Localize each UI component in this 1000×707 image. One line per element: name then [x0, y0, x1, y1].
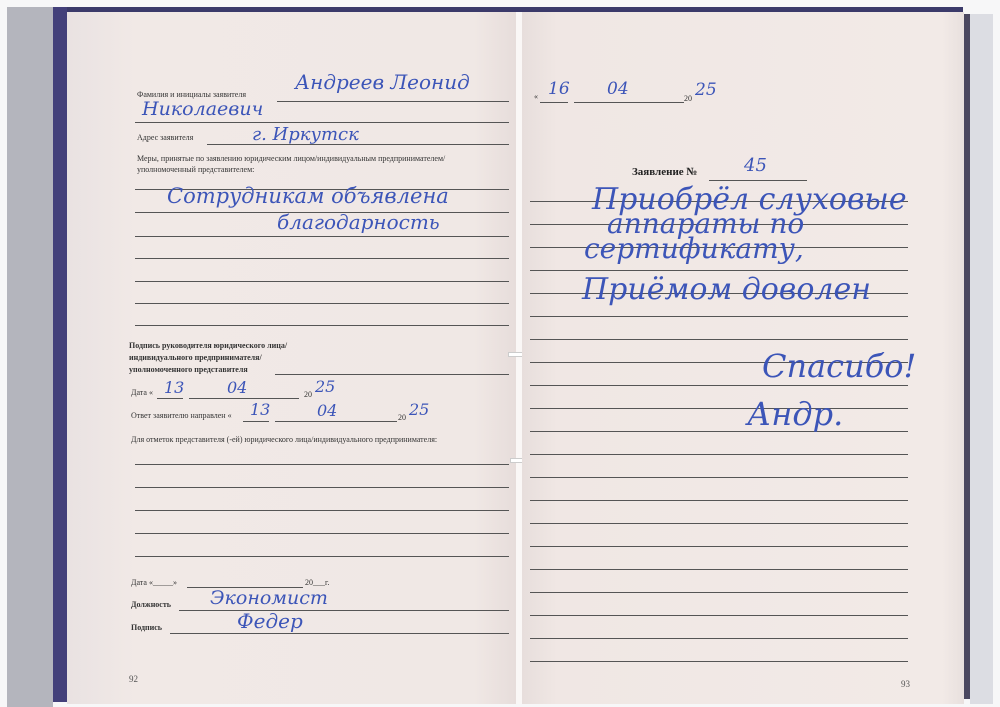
head-signature-label-2: индивидуального предпринимателя/ — [129, 353, 262, 362]
body-line-13 — [530, 477, 908, 478]
answer-month-line — [275, 421, 397, 422]
answer-day-line — [243, 421, 269, 422]
measures-handwriting-1: Сотрудникам объявлена — [167, 184, 449, 208]
body-line-6 — [530, 316, 908, 317]
right-date-year-prefix: 20 — [684, 94, 692, 103]
date2-year: 20___г. — [305, 578, 329, 587]
body-handwriting-4: Приёмом доволен — [582, 272, 871, 307]
notes-label: Для отметок представителя (-ей) юридичес… — [131, 435, 437, 444]
measures-line-3 — [135, 236, 509, 237]
measures-line-4 — [135, 258, 509, 259]
application-number-line — [709, 180, 807, 181]
measures-line-5 — [135, 281, 509, 282]
left-page: Фамилия и инициалы заявителя Андреев Лео… — [67, 12, 519, 704]
measures-line-6 — [135, 303, 509, 304]
answer-month-handwriting: 04 — [317, 401, 337, 420]
closing-handwriting: Спасибо! — [762, 347, 916, 385]
notes-line-3 — [135, 510, 509, 511]
application-number-handwriting: 45 — [744, 155, 767, 176]
position-handwriting: Экономист — [210, 587, 328, 609]
date-label: Дата « — [131, 388, 153, 397]
measures-handwriting-2: благодарность — [277, 210, 440, 234]
right-date-day-line — [540, 102, 568, 103]
answer-day-handwriting: 13 — [250, 400, 270, 419]
applicant-signature-handwriting: Андр. — [747, 395, 843, 433]
date-day-line — [157, 398, 183, 399]
body-line-17 — [530, 569, 908, 570]
date2-label: Дата «_____» — [131, 578, 177, 587]
position-line — [179, 610, 509, 611]
body-line-11 — [530, 431, 908, 432]
body-line-4 — [530, 270, 908, 271]
position-label: Должность — [131, 600, 171, 609]
applicant-name-line — [277, 101, 509, 102]
right-date-month-line — [574, 102, 684, 103]
right-page: « 16 04 20 25 Заявление № 45 Приобрёл сл… — [522, 12, 964, 704]
body-line-7 — [530, 339, 908, 340]
date-open-quote: « — [534, 92, 538, 101]
right-date-day-handwriting: 16 — [548, 79, 570, 99]
answer-year-prefix: 20 — [398, 413, 406, 422]
page-number-right: 93 — [901, 679, 910, 689]
notes-line-5 — [135, 556, 509, 557]
applicant-name-handwriting-1: Андреев Леонид — [295, 70, 470, 94]
body-line-9 — [530, 385, 908, 386]
notes-line-1 — [135, 464, 509, 465]
address-handwriting: г. Иркутск — [252, 124, 359, 145]
measures-line-7 — [135, 325, 509, 326]
date-month-line — [189, 398, 299, 399]
date-day-handwriting: 13 — [164, 378, 184, 397]
body-line-19 — [530, 615, 908, 616]
page-number-left: 92 — [129, 674, 138, 684]
notes-line-2 — [135, 487, 509, 488]
body-line-10 — [530, 408, 908, 409]
answer-year-handwriting: 25 — [409, 400, 429, 419]
notes-line-4 — [135, 533, 509, 534]
date-month-handwriting: 04 — [227, 378, 247, 397]
signature-line — [170, 633, 509, 634]
applicant-name-handwriting-2: Николаевич — [142, 98, 263, 120]
head-signature-label-3: уполномоченного представителя — [129, 365, 248, 374]
answer-label: Ответ заявителю направлен « — [131, 411, 232, 420]
book-cover-left-edge — [53, 7, 67, 702]
head-signature-line — [275, 374, 509, 375]
right-date-month-handwriting: 04 — [607, 79, 629, 99]
measures-label-1: Меры, принятые по заявлению юридическим … — [137, 154, 445, 163]
address-label: Адрес заявителя — [137, 133, 193, 142]
body-line-20 — [530, 638, 908, 639]
body-line-12 — [530, 454, 908, 455]
scan-background-left — [7, 7, 53, 707]
scan-background-right — [970, 14, 993, 704]
date-year-prefix: 20 — [304, 390, 312, 399]
applicant-name-line-2 — [135, 122, 509, 123]
head-signature-label-1: Подпись руководителя юридического лица/ — [129, 341, 287, 350]
body-line-21 — [530, 661, 908, 662]
body-handwriting-3: сертификату, — [584, 232, 804, 265]
body-line-16 — [530, 546, 908, 547]
body-line-18 — [530, 592, 908, 593]
right-date-year-handwriting: 25 — [695, 80, 717, 100]
application-title: Заявление № — [632, 166, 697, 178]
date-year-handwriting: 25 — [315, 377, 335, 396]
body-line-14 — [530, 500, 908, 501]
measures-label-2: уполномоченный представителем: — [137, 165, 254, 174]
signature-label: Подпись — [131, 623, 162, 632]
body-line-15 — [530, 523, 908, 524]
signature-handwriting: Федер — [237, 609, 303, 633]
